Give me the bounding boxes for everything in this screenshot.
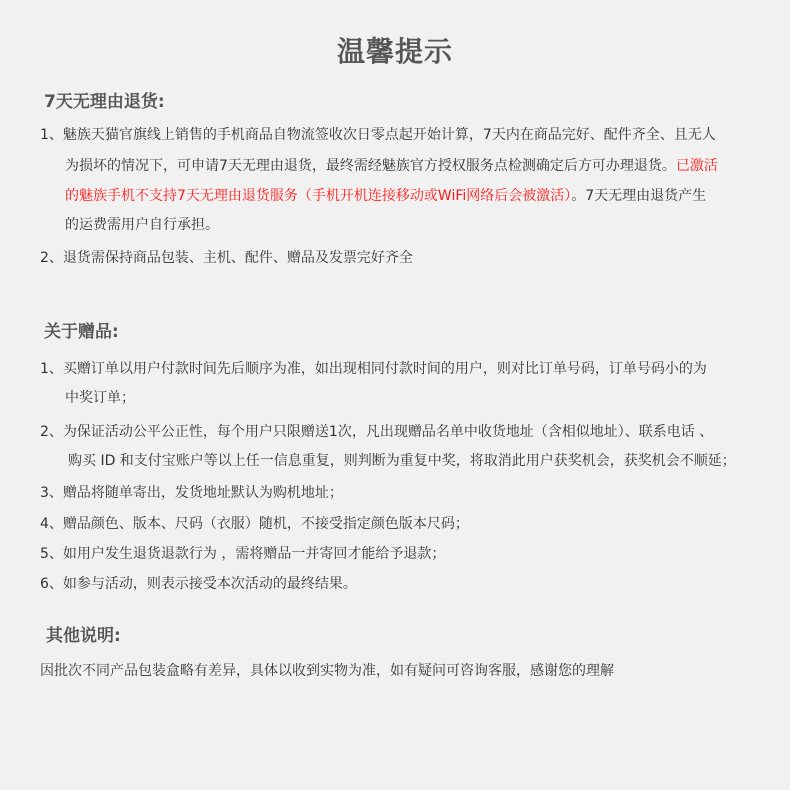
returns-line-2: 为损坏的情况下，可申请7天无理由退货，最终需经魅族官方授权服务点检测确定后方可办… (65, 155, 718, 175)
returns-line-3-text: 。7天无理由退货产生 (571, 188, 706, 204)
returns-line-1: 1、魅族天猫官旗线上销售的手机商品自物流签收次日零点起开始计算，7天内在商品完好… (40, 124, 716, 144)
section-heading-other: 其他说明: (46, 621, 121, 646)
returns-activated-warning-cont: 的魅族手机不支持7天无理由退货服务（手机开机连接移动或WiFi网络后会被激活） (65, 188, 571, 204)
gifts-line-5: 3、赠品将随单寄出，发货地址默认为购机地址； (40, 482, 343, 502)
returns-line-2-text: 为损坏的情况下，可申请7天无理由退货，最终需经魅族官方授权服务点检测确定后方可办… (65, 158, 676, 174)
returns-line-5: 2、退货需保持商品包装、主机、配件、赠品及发票完好齐全 (40, 247, 413, 267)
section-heading-gifts: 关于赠品: (44, 317, 119, 342)
gifts-line-2: 中奖订单； (65, 387, 135, 407)
section-heading-returns: 7天无理由退货: (44, 87, 165, 112)
returns-line-3: 的魅族手机不支持7天无理由退货服务（手机开机连接移动或WiFi网络后会被激活）。… (65, 185, 706, 205)
other-line-1: 因批次不同产品包装盒略有差异，具体以收到实物为准，如有疑问可咨询客服，感谢您的理… (40, 660, 614, 680)
gifts-line-1: 1、买赠订单以用户付款时间先后顺序为准，如出现相同付款时间的用户，则对比订单号码… (40, 358, 707, 378)
gifts-line-4: 购买 ID 和支付宝账户等以上任一信息重复，则判断为重复中奖，将取消此用户获奖机… (68, 450, 736, 470)
gifts-line-7: 5、如用户发生退货退款行为 ，需将赠品一并寄回才能给予退款； (40, 543, 445, 563)
page-title: 温馨提示 (0, 30, 790, 70)
returns-line-4: 的运费需用户自行承担。 (65, 214, 219, 234)
gifts-line-3: 2、为保证活动公平公正性，每个用户只限赠送1次，凡出现赠品名单中收货地址（含相似… (40, 421, 713, 441)
gifts-line-8: 6、如参与活动，则表示接受本次活动的最终结果。 (40, 573, 357, 593)
gifts-line-6: 4、赠品颜色、版本、尺码（衣服）随机，不接受指定颜色版本尺码； (40, 513, 469, 533)
returns-activated-warning: 已激活 (676, 158, 718, 174)
